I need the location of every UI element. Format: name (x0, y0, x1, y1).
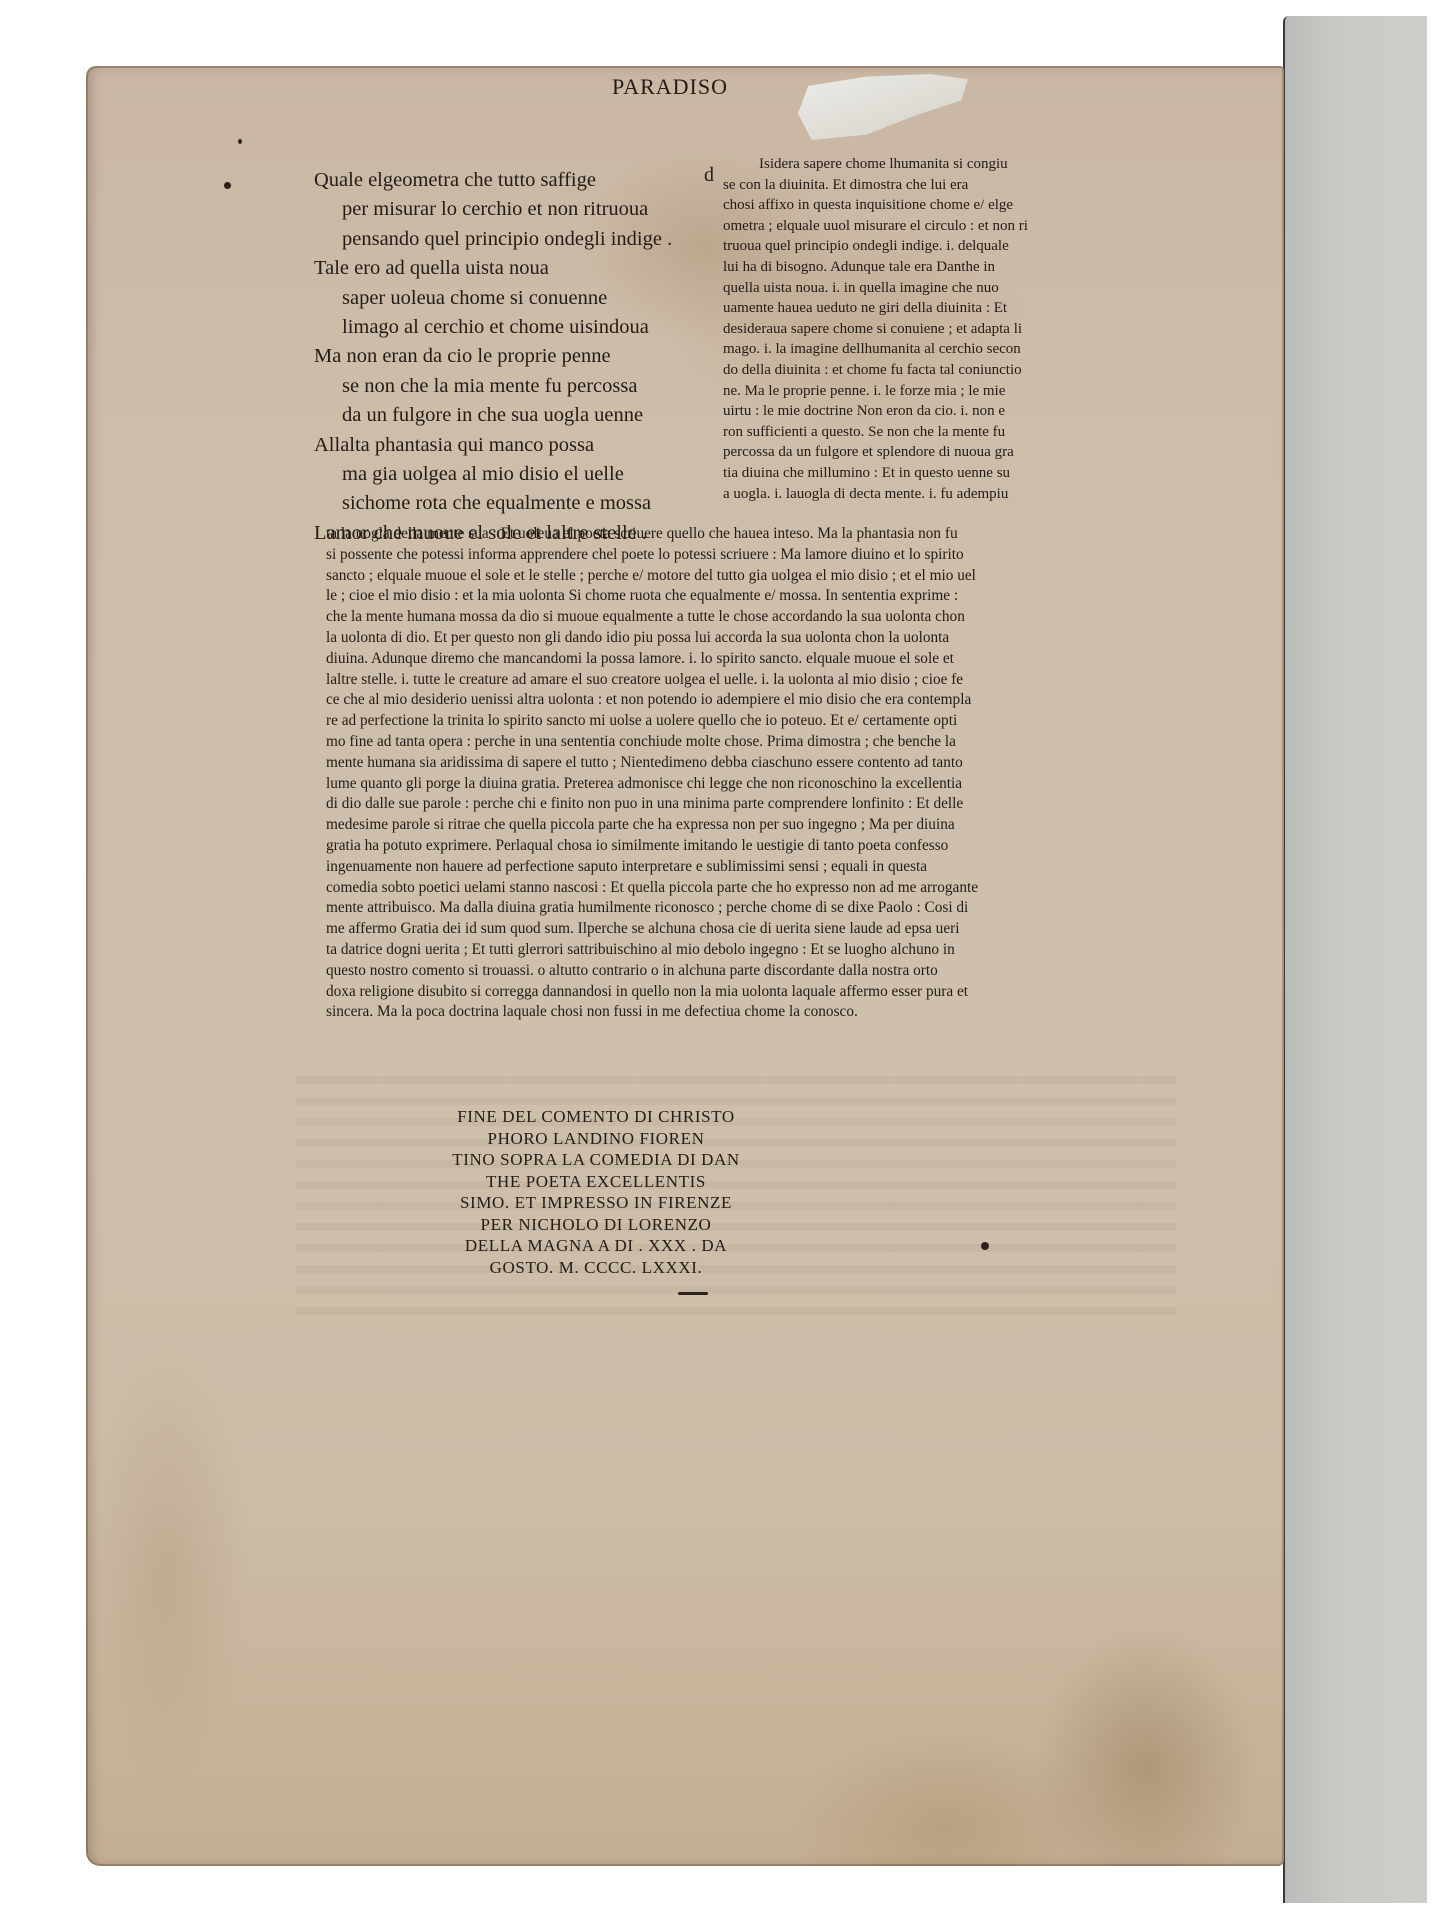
gloss-line: a uogla. i. lauogla di decta mente. i. f… (723, 484, 1123, 505)
commentary-line: questo nostro comento si trouassi. o alt… (326, 961, 1126, 982)
gloss-line: mago. i. la imagine dellhumanita al cerc… (723, 339, 1123, 360)
verse-line: pensando quel principio ondegli indige . (314, 225, 774, 254)
ink-spot (224, 182, 231, 189)
commentary-line: gratia ha potuto exprimere. Perlaqual ch… (326, 836, 1126, 857)
commentary-line: di dio dalle sue parole : perche chi e f… (326, 794, 1126, 815)
commentary-line: mente humana sia aridissima di sapere el… (326, 753, 1126, 774)
commentary-line: comedia sobto poetici uelami stanno nasc… (326, 878, 1126, 899)
running-head: PARADISO (612, 74, 728, 100)
colophon-line: THE POETA EXCELLENTIS (426, 1171, 766, 1193)
gloss-line: percossa da un fulgore et splendore di n… (723, 442, 1123, 463)
gloss-line: uamente hauea ueduto ne giri della diuin… (723, 298, 1123, 319)
verse-line: ma gia uolgea al mio disio el uelle (314, 460, 774, 489)
commentary-line: me affermo Gratia dei id sum quod sum. I… (326, 919, 1126, 940)
verse-line: Tale ero ad quella uista noua (314, 254, 774, 283)
gloss-line: quella uista noua. i. in quella imagine … (723, 278, 1123, 299)
commentary-line: laltre stelle. i. tutte le creature ad a… (326, 670, 1126, 691)
gloss-line: Isidera sapere chome lhumanita si congiu (723, 154, 1123, 175)
verse-column: Quale elgeometra che tutto saffigeper mi… (314, 166, 774, 548)
commentary-line: diuina. Adunque diremo che mancandomi la… (326, 649, 1126, 670)
commentary-line: medesime parole si ritrae che quella pic… (326, 815, 1126, 836)
commentary-line: doxa religione disubito si corregga dann… (326, 982, 1126, 1003)
verse-line: sichome rota che equalmente e mossa (314, 489, 774, 518)
parchment-leaf: PARADISO Quale elgeometra che tutto saff… (86, 66, 1284, 1866)
gloss-column: Isidera sapere chome lhumanita si congiu… (723, 154, 1123, 504)
commentary-line: sincera. Ma la poca doctrina laquale cho… (326, 1002, 1126, 1023)
verse-line: se non che la mia mente fu percossa (314, 372, 774, 401)
gloss-line: ometra ; elquale uuol misurare el circul… (723, 216, 1123, 237)
commentary-line: ingenuamente non hauere ad perfectione s… (326, 857, 1126, 878)
paper-repair-patch (798, 74, 968, 140)
commentary-line: lume quanto gli porge la diuina gratia. … (326, 774, 1126, 795)
gloss-line: desideraua sapere chome si conuiene ; et… (723, 319, 1123, 340)
colophon-line: SIMO. ET IMPRESSO IN FIRENZE (426, 1192, 766, 1214)
verse-line: per misurar lo cerchio et non ritruoua (314, 195, 774, 224)
verse-line: Allalta phantasia qui manco possa (314, 431, 774, 460)
gloss-line: chosi affixo in questa inquisitione chom… (723, 195, 1123, 216)
gloss-line: uirtu : le mie doctrine Non eron da cio.… (723, 401, 1123, 422)
commentary-line: ta la uogla della mente sua : Et uoleua … (326, 524, 1126, 545)
colophon-line: FINE DEL COMENTO DI CHRISTO (426, 1106, 766, 1128)
commentary-line: re ad perfectione la trinita lo spirito … (326, 711, 1126, 732)
gloss-line: truoua quel principio ondegli indige. i.… (723, 236, 1123, 257)
commentary-line: ce che al mio desiderio uenissi altra uo… (326, 690, 1126, 711)
colophon-line: TINO SOPRA LA COMEDIA DI DAN (426, 1149, 766, 1171)
verse-line: da un fulgore in che sua uogla uenne (314, 401, 774, 430)
commentary-line: sancto ; elquale muoue el sole et le ste… (326, 566, 1126, 587)
commentary-line: le ; cioe el mio disio : et la mia uolon… (326, 586, 1126, 607)
gloss-line: tia diuina che millumino : Et in questo … (723, 463, 1123, 484)
commentary-block: ta la uogla della mente sua : Et uoleua … (326, 524, 1126, 1023)
commentary-line: la uolonta di dio. Et per questo non gli… (326, 628, 1126, 649)
ink-spot (678, 1292, 708, 1295)
verse-line: saper uoleua chome si conuenne (314, 284, 774, 313)
gloss-line: do della diuinita : et chome fu facta ta… (723, 360, 1123, 381)
commentary-line: ta datrice dogni uerita ; Et tutti glerr… (326, 940, 1126, 961)
colophon: FINE DEL COMENTO DI CHRISTOPHORO LANDINO… (426, 1106, 766, 1278)
verse-line: limago al cerchio et chome uisindoua (314, 313, 774, 342)
ink-spot (981, 1242, 989, 1250)
colophon-line: GOSTO. M. CCCC. LXXXI. (426, 1257, 766, 1279)
commentary-line: mente attribuisco. Ma dalla diuina grati… (326, 898, 1126, 919)
colophon-line: DELLA MAGNA A DI . XXX . DA (426, 1235, 766, 1257)
verse-line: Ma non eran da cio le proprie penne (314, 342, 774, 371)
gloss-line: lui ha di bisogno. Adunque tale era Dant… (723, 257, 1123, 278)
grey-board-backing (1283, 16, 1427, 1903)
commentary-line: che la mente humana mossa da dio si muou… (326, 607, 1126, 628)
marker-letter: d (704, 164, 714, 187)
gloss-line: se con la diuinita. Et dimostra che lui … (723, 175, 1123, 196)
commentary-line: mo fine ad tanta opera : perche in una s… (326, 732, 1126, 753)
colophon-line: PHORO LANDINO FIOREN (426, 1128, 766, 1150)
gloss-line: ne. Ma le proprie penne. i. le forze mia… (723, 381, 1123, 402)
ink-spot (238, 139, 242, 144)
gloss-line: ron sufficienti a questo. Se non che la … (723, 422, 1123, 443)
commentary-line: si possente che potessi informa apprende… (326, 545, 1126, 566)
colophon-line: PER NICHOLO DI LORENZO (426, 1214, 766, 1236)
